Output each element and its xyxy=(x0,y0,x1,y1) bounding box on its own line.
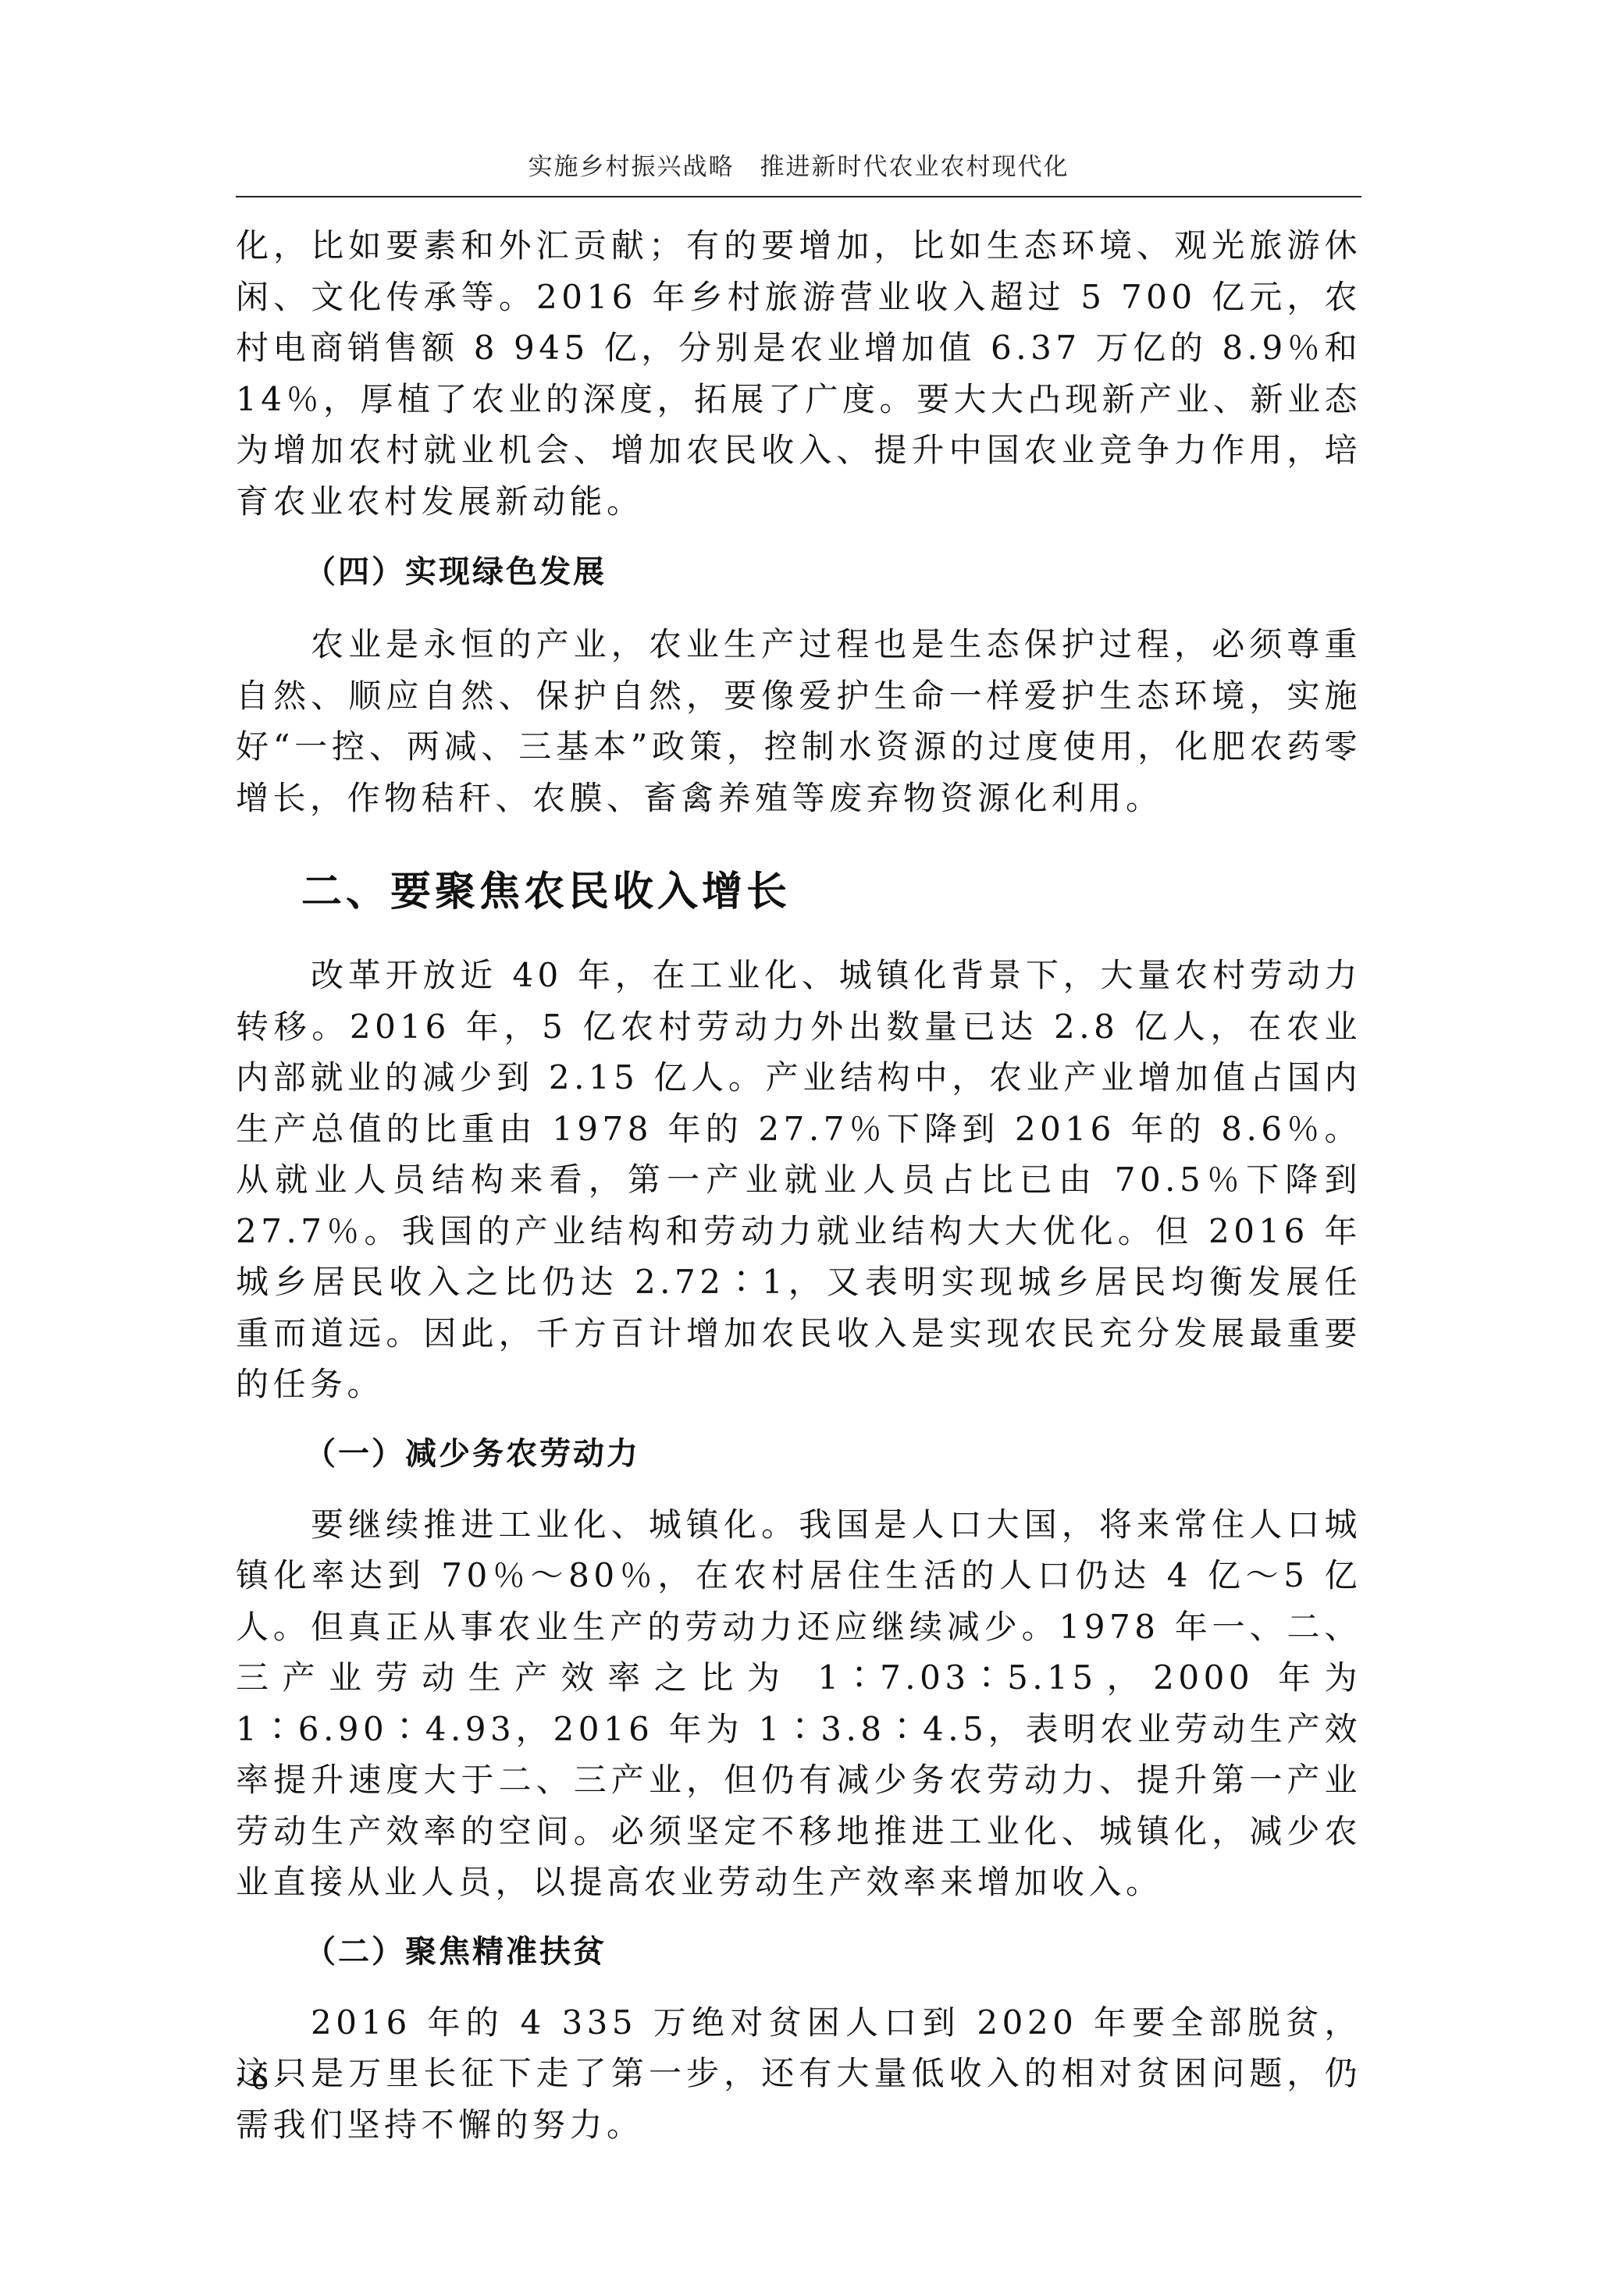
paragraph-poverty-alleviation: 2016 年的 4 335 万绝对贫困人口到 2020 年要全部脱贫，这只是万里… xyxy=(236,1997,1361,2151)
paragraph-continued: 化，比如要素和外汇贡献；有的要增加，比如生态环境、观光旅游休闲、文化传承等。20… xyxy=(236,220,1361,527)
running-head: 实施乡村振兴战略 推进新时代农业农村现代化 xyxy=(236,147,1361,182)
page-body: 化，比如要素和外汇贡献；有的要增加，比如生态环境、观光旅游休闲、文化传承等。20… xyxy=(236,220,1361,2150)
subheading-reduce-farm-labor: （一）减少务农劳动力 xyxy=(236,1431,1361,1477)
paragraph-green-development: 农业是永恒的产业，农业生产过程也是生态保护过程，必须尊重自然、顺应自然、保护自然… xyxy=(236,619,1361,823)
section-title-farmer-income: 二、要聚焦农民收入增长 xyxy=(236,864,1361,920)
paragraph-farmer-income: 改革开放近 40 年，在工业化、城镇化背景下，大量农村劳动力转移。2016 年，… xyxy=(236,950,1361,1410)
paragraph-reduce-farm-labor: 要继续推进工业化、城镇化。我国是人口大国，将来常住人口城镇化率达到 70％～80… xyxy=(236,1499,1361,1908)
subheading-poverty-alleviation: （二）聚焦精准扶贫 xyxy=(236,1928,1361,1975)
document-page: 实施乡村振兴战略 推进新时代农业农村现代化 化，比如要素和外汇贡献；有的要增加，… xyxy=(0,0,1598,2296)
page-number: ·6· xyxy=(236,2064,290,2096)
header-rule-divider xyxy=(236,196,1361,197)
subheading-green-development: （四）实现绿色发展 xyxy=(236,549,1361,595)
